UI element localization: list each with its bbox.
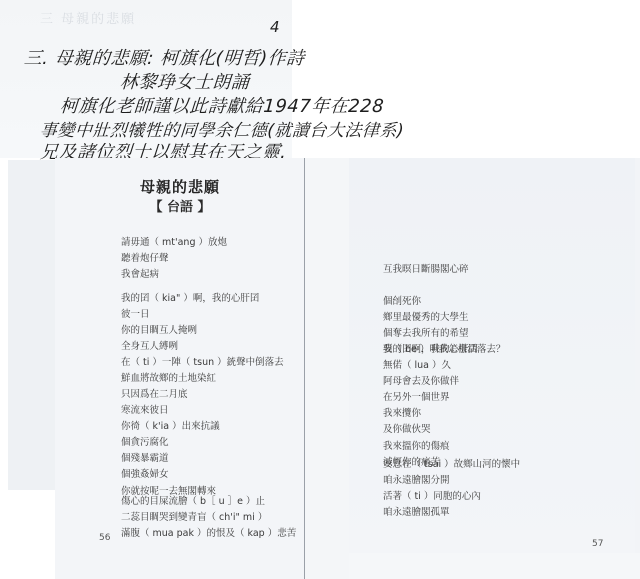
right-page-number: 57 bbox=[592, 539, 603, 549]
verse-line: 鄉里最優秀的大學生 bbox=[383, 310, 505, 326]
verse-line: 個強姦婦女 bbox=[121, 467, 220, 483]
note-heading-line: 三. 母親的悲願: 柯旗化(明哲)作詩 bbox=[23, 44, 306, 70]
left-page-number: 56 bbox=[99, 533, 110, 543]
poem-title: 母親的悲願 bbox=[55, 176, 305, 197]
verse-line: 我會起病 bbox=[121, 267, 227, 283]
verse-line: 你徛（ k'ia ）出來抗議 bbox=[121, 419, 220, 435]
underlying-page-edge bbox=[8, 160, 56, 490]
stanza-1: 請毋通（ mt'ang ）放炮 聽着炮仔聲 我會起病 bbox=[121, 235, 227, 283]
verse-line: 二蕊目睭哭到變青盲（ ch'i" mi ） bbox=[121, 510, 296, 526]
verse-line: 咱永遠膾閣孤單 bbox=[383, 505, 520, 521]
stanza-2: 我的囝（ kia" ）啊，我的心肝囝 彼一日 你的目睭互人掩咧 全身互人縛咧 在… bbox=[121, 291, 284, 388]
verse-line: 只因爲在二月底 bbox=[121, 387, 220, 403]
verse-line: 個貪污腐化 bbox=[121, 435, 220, 451]
verse-line: 聽着炮仔聲 bbox=[121, 251, 227, 267]
verse-line: 活著（ ti ）同胞的心內 bbox=[383, 489, 520, 505]
verse-line: 傷心的目屎流膾（ b［ u ］e ）止 bbox=[121, 494, 296, 510]
verse-line: 彼一日 bbox=[121, 307, 284, 323]
note-dedication-line-1: 柯旗化老師謹以此詩獻給1947年在228 bbox=[59, 92, 385, 118]
verse-line: 我的囝啊，我的心肝囝 bbox=[383, 342, 478, 358]
verse-line: 我來搵你的傷痕 bbox=[383, 439, 478, 455]
note-page-number: 4 bbox=[270, 18, 280, 36]
verse-line: 請毋通（ mt'ang ）放炮 bbox=[121, 235, 227, 251]
verse-line: 及你做伙哭 bbox=[383, 422, 478, 438]
verse-line: 寒流來彼日 bbox=[121, 403, 220, 419]
note-reciter-line: 林黎琤女士朗誦 bbox=[119, 68, 250, 94]
verse-line: 我來攬你 bbox=[383, 406, 478, 422]
verse-line: 個奪去我所有的希望 bbox=[383, 326, 505, 342]
stanza-3: 只因爲在二月底 寒流來彼日 你徛（ k'ia ）出來抗議 個貪污腐化 個殘暴霸道… bbox=[121, 387, 220, 500]
verse-line: 安息在（ tsai ）故鄉山河的懷中 bbox=[383, 457, 520, 473]
handwritten-note: 三 母親的悲願 4 三. 母親的悲願: 柯旗化(明哲)作詩 林黎琤女士朗誦 柯旗… bbox=[0, 0, 640, 160]
bleed-through-text: 三 母親的悲願 bbox=[40, 8, 136, 27]
verse-line: 在另外一個世界 bbox=[383, 390, 478, 406]
verse-line: 我的囝（ kia" ）啊，我的心肝囝 bbox=[121, 291, 284, 307]
verse-line: 你的目睭互人掩咧 bbox=[121, 323, 284, 339]
stanza-4: 傷心的目屎流膾（ b［ u ］e ）止 二蕊目睭哭到變青盲（ ch'i" mi … bbox=[121, 494, 296, 542]
verse-line: 個殘暴霸道 bbox=[121, 451, 220, 467]
page-gap bbox=[305, 158, 349, 579]
stanza-5: 互我暝日斷腸閣心碎 bbox=[383, 262, 469, 278]
verse-line: 鮮血將故鄉的土地染紅 bbox=[121, 371, 284, 387]
verse-line: 滿腹（ mua pak ）的恨及（ kap ）悲苦 bbox=[121, 526, 296, 542]
verse-line: 個刣死你 bbox=[383, 294, 505, 310]
verse-line: 咱永遠膾閣分開 bbox=[383, 473, 520, 489]
verse-line: 阿母會去及你做伴 bbox=[383, 374, 478, 390]
stanza-7: 我的囝啊，我的心肝囝 無偌（ lua ）久 阿母會去及你做伴 在另外一個世界 我… bbox=[383, 342, 478, 471]
verse-line: 無偌（ lua ）久 bbox=[383, 358, 478, 374]
right-page-bottom-strip bbox=[349, 553, 640, 579]
verse-line: 在（ ti ）一陣（ tsun ）銃聲中倒落去 bbox=[121, 355, 284, 371]
verse-line: 互我暝日斷腸閣心碎 bbox=[383, 262, 469, 278]
poem-language-label: 【 台語 】 bbox=[55, 196, 305, 215]
stanza-8: 安息在（ tsai ）故鄉山河的懷中 咱永遠膾閣分開 活著（ ti ）同胞的心內… bbox=[383, 457, 520, 521]
verse-line: 全身互人縛咧 bbox=[121, 339, 284, 355]
